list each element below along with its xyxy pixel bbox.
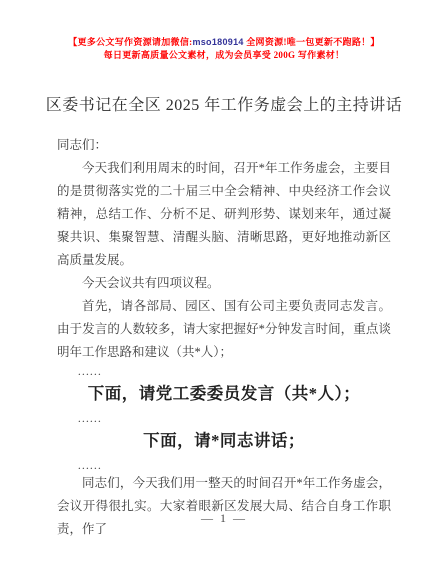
ellipsis-1: …… bbox=[57, 364, 391, 378]
agenda-bold-committee-speech: 下面，请党工委委员发言（共*人）； bbox=[57, 383, 391, 405]
wechat-id: mso180914 bbox=[192, 37, 243, 47]
promo-line1-suffix: 全网资源!唯一包更新不跑路！】 bbox=[244, 37, 380, 47]
document-body: 同志们： 今天我们利用周末的时间，召开*年工作务虚会，主要目的是贯彻落实党的二十… bbox=[57, 134, 391, 541]
promo-watermark: 【更多公文写作资源请加微信:mso180914 全网资源!唯一包更新不跑路！】 … bbox=[0, 0, 448, 62]
paragraph-closing: 同志们，今天我们用一整天的时间召开*年工作务虚会，会议开得很扎实。大家着眼新区发… bbox=[57, 472, 391, 541]
ellipsis-2: …… bbox=[57, 411, 391, 425]
page-number: — 1 — bbox=[0, 511, 448, 526]
document-title: 区委书记在全区 2025 年工作务虚会上的主持讲话 bbox=[44, 94, 404, 118]
paragraph-opening: 今天我们利用周末的时间，召开*年工作务虚会，主要目的是贯彻落实党的二十届三中全会… bbox=[57, 157, 391, 272]
promo-line-1: 【更多公文写作资源请加微信:mso180914 全网资源!唯一包更新不跑路！】 bbox=[0, 36, 448, 49]
ellipsis-3: …… bbox=[57, 458, 391, 472]
salutation: 同志们： bbox=[57, 134, 391, 157]
promo-line1-prefix: 【更多公文写作资源请加微信: bbox=[68, 37, 192, 47]
agenda-bold-comrade-speech: 下面，请*同志讲话； bbox=[57, 430, 391, 452]
paragraph-agenda-count: 今天会议共有四项议程。 bbox=[57, 272, 391, 295]
paragraph-first-item: 首先，请各部局、园区、国有公司主要负责同志发言。由于发言的人数较多，请大家把握好… bbox=[57, 295, 391, 364]
promo-line-2: 每日更新高质量公文素材，成为会员享受 200G 写作素材！ bbox=[0, 49, 448, 62]
document-page: 【更多公文写作资源请加微信:mso180914 全网资源!唯一包更新不跑路！】 … bbox=[0, 0, 448, 580]
